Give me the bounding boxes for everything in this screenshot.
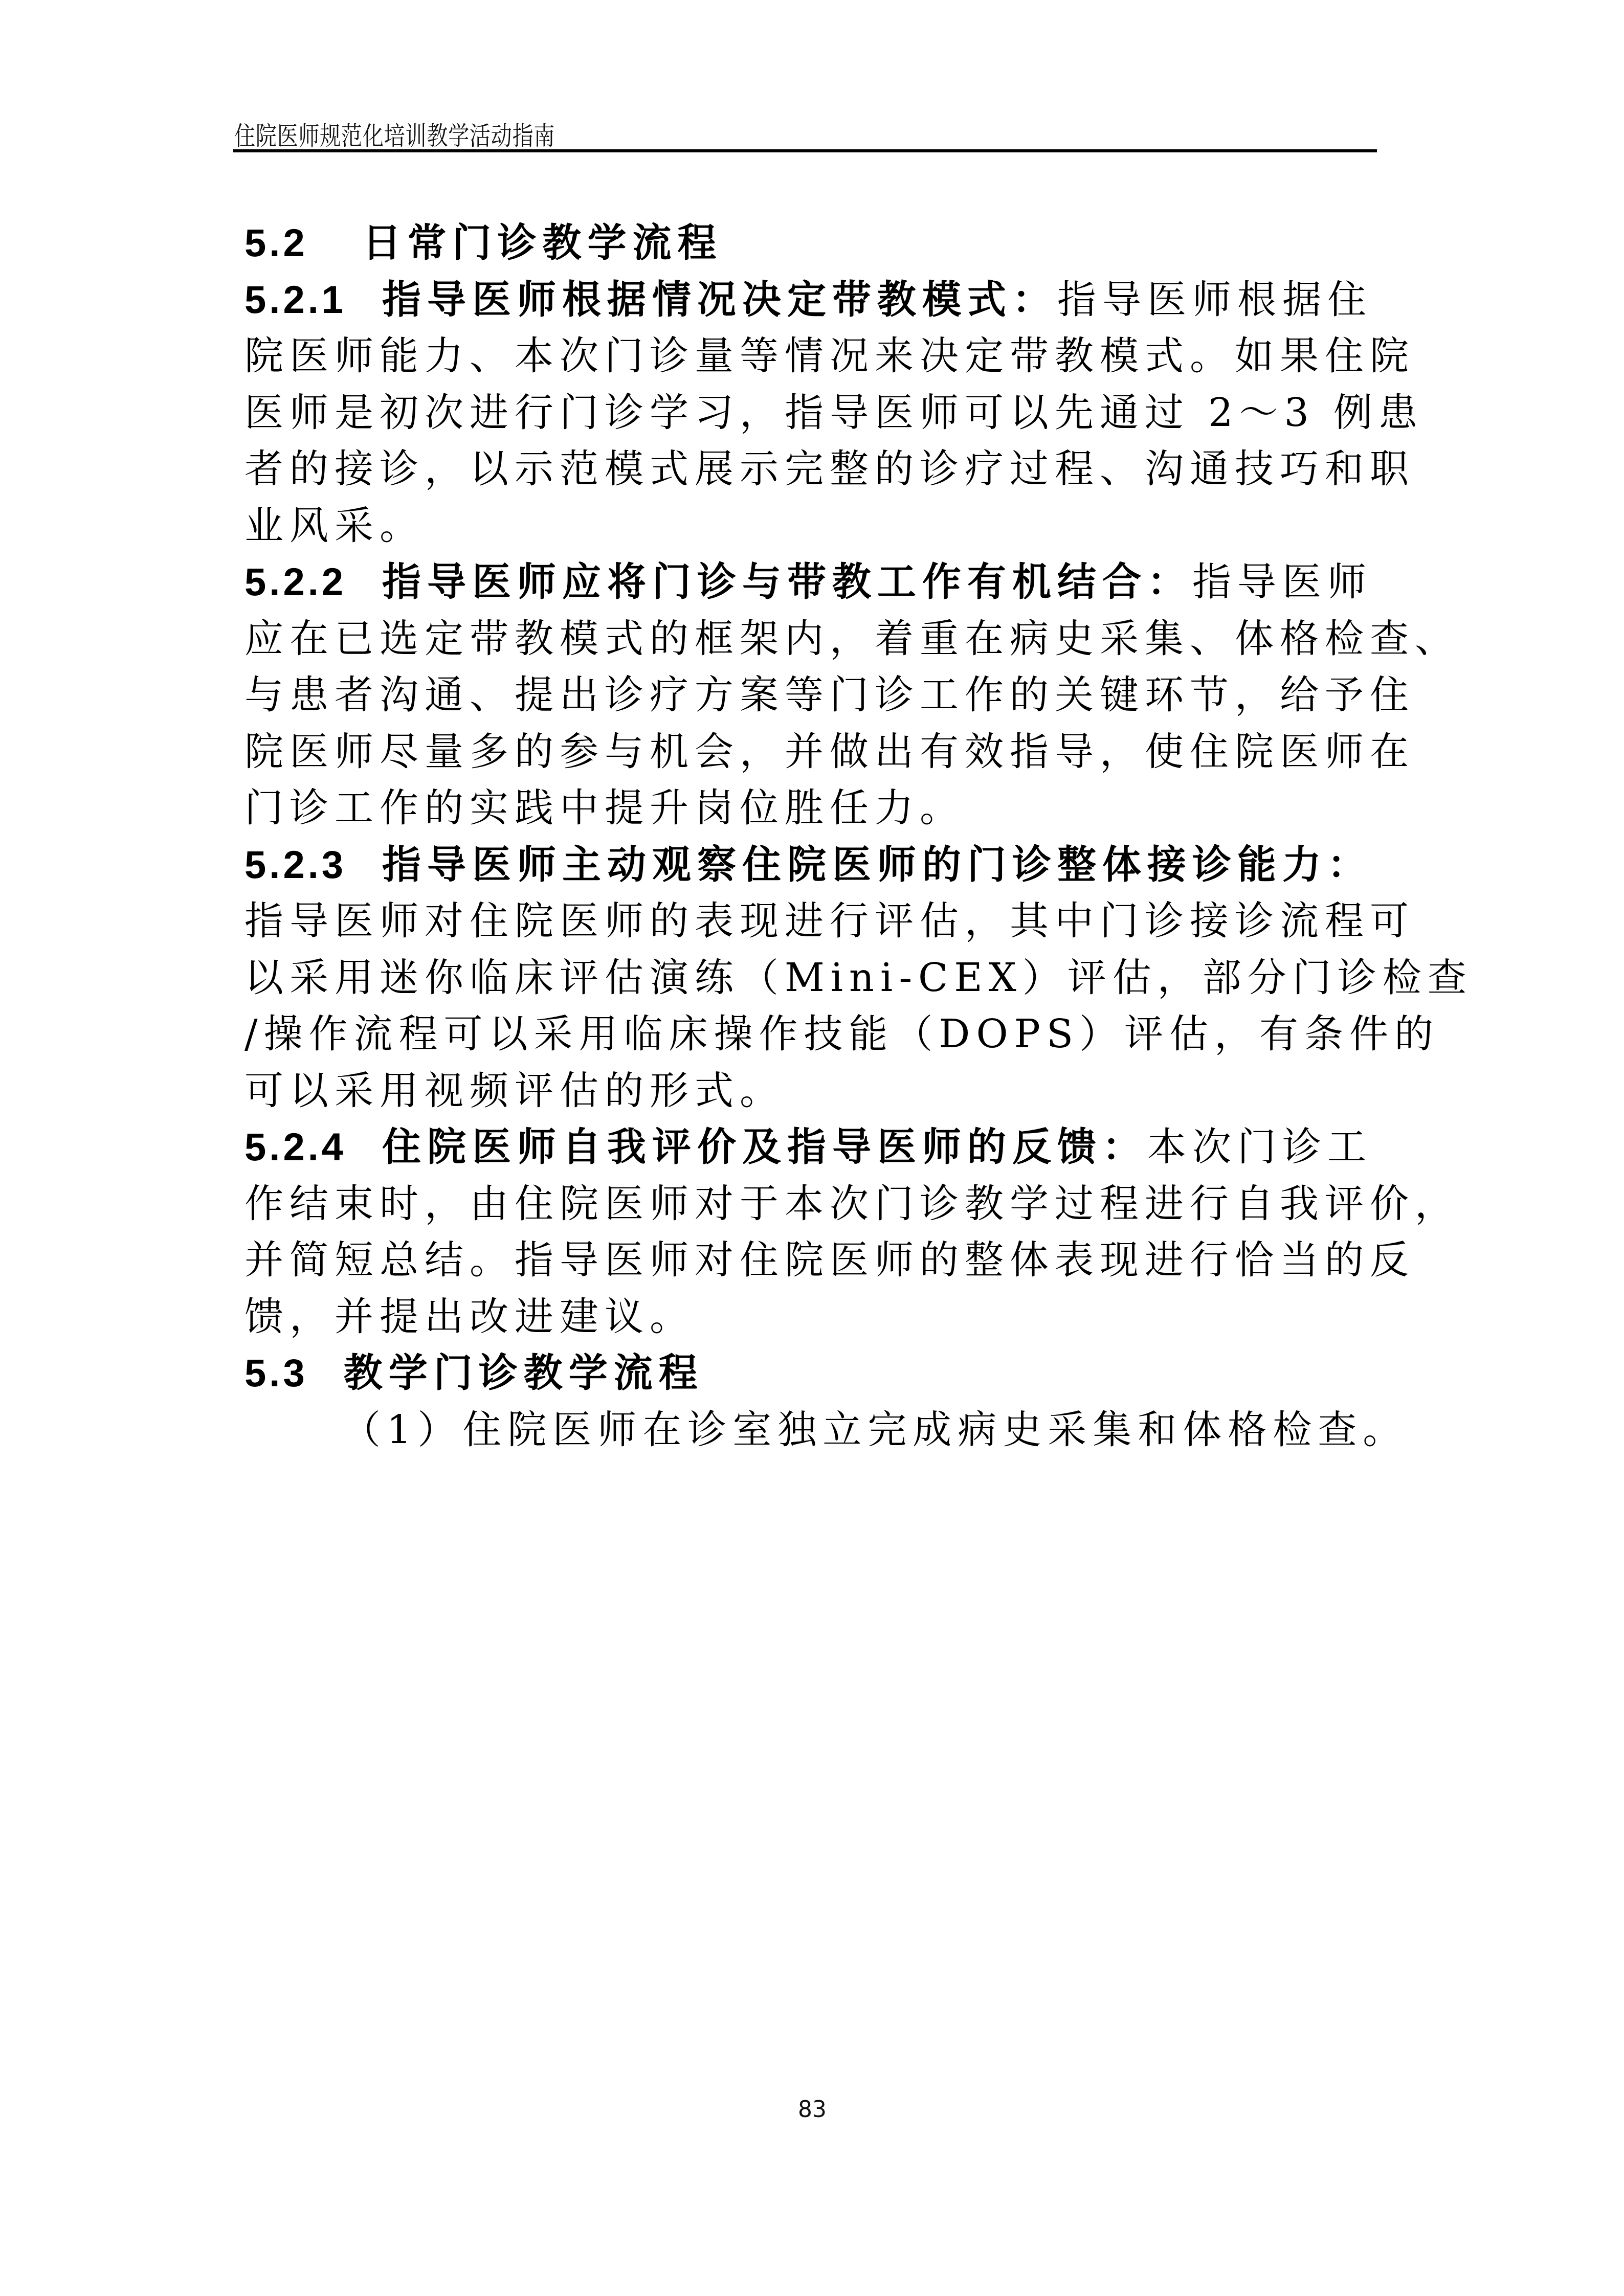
item-text: 本次门诊工	[1147, 1124, 1372, 1169]
item-number: 5.2.2	[244, 560, 346, 604]
paragraph-line: 可以采用视频评估的形式。	[244, 1063, 1385, 1119]
item-5-2-3-first-line: 5.2.3指导医师主动观察住院医师的门诊整体接诊能力：	[244, 837, 1385, 893]
header-divider	[233, 149, 1377, 152]
paragraph-line: 院医师能力、本次门诊量等情况来决定带教模式。如果住院	[244, 328, 1385, 385]
item-5-2-4-first-line: 5.2.4住院医师自我评价及指导医师的反馈：本次门诊工	[244, 1119, 1385, 1176]
item-5-2-1-first-line: 5.2.1指导医师根据情况决定带教模式：指导医师根据住	[244, 272, 1385, 328]
section-title: 教学门诊教学流程	[344, 1350, 704, 1395]
page-body: 5.2 日常门诊教学流程 5.2.1指导医师根据情况决定带教模式：指导医师根据住…	[244, 215, 1385, 1458]
item-heading: 指导医师主动观察住院医师的门诊整体接诊能力：	[382, 842, 1372, 887]
paragraph-line: 与患者沟通、提出诊疗方案等门诊工作的关键环节，给予住	[244, 667, 1385, 724]
paragraph-line: 作结束时，由住院医师对于本次门诊教学过程进行自我评价，	[244, 1176, 1385, 1232]
item-heading: 住院医师自我评价及指导医师的反馈：	[382, 1124, 1147, 1169]
item-text: 指导医师	[1192, 559, 1372, 604]
section-number: 5.2	[244, 221, 308, 265]
paragraph-line: 并简短总结。指导医师对住院医师的整体表现进行恰当的反	[244, 1232, 1385, 1289]
paragraph-line: 门诊工作的实践中提升岗位胜任力。	[244, 780, 1385, 837]
section-title: 日常门诊教学流程	[363, 220, 723, 265]
item-text: 指导医师根据住	[1057, 277, 1372, 322]
paragraph-line: /操作流程可以采用临床操作技能（DOPS）评估，有条件的	[244, 1006, 1385, 1063]
paragraph-line: 以采用迷你临床评估演练（Mini-CEX）评估，部分门诊检查	[244, 950, 1385, 1006]
item-number: 5.2.4	[244, 1126, 346, 1169]
section-heading-5-3: 5.3教学门诊教学流程	[244, 1345, 1385, 1402]
paragraph-line: （1）住院医师在诊室独立完成病史采集和体格检查。	[244, 1402, 1385, 1458]
paragraph-line: 者的接诊，以示范模式展示完整的诊疗过程、沟通技巧和职	[244, 441, 1385, 498]
item-heading: 指导医师根据情况决定带教模式：	[382, 277, 1057, 322]
paragraph-line: 院医师尽量多的参与机会，并做出有效指导，使住院医师在	[244, 724, 1385, 780]
running-header-title: 住院医师规范化培训教学活动指南	[234, 116, 555, 152]
paragraph-line: 业风采。	[244, 498, 1385, 554]
paragraph-line: 馈，并提出改进建议。	[244, 1289, 1385, 1345]
section-number: 5.3	[244, 1352, 308, 1395]
item-number: 5.2.1	[244, 278, 346, 322]
item-number: 5.2.3	[244, 843, 346, 887]
paragraph-line: 应在已选定带教模式的框架内，着重在病史采集、体格检查、	[244, 611, 1385, 667]
section-heading-5-2: 5.2 日常门诊教学流程	[244, 215, 1385, 272]
item-heading: 指导医师应将门诊与带教工作有机结合：	[382, 559, 1192, 604]
item-5-2-2-first-line: 5.2.2指导医师应将门诊与带教工作有机结合：指导医师	[244, 554, 1385, 611]
page-number: 83	[798, 2097, 827, 2123]
paragraph-line: 指导医师对住院医师的表现进行评估，其中门诊接诊流程可	[244, 893, 1385, 950]
paragraph-line: 医师是初次进行门诊学习，指导医师可以先通过 2～3 例患	[244, 385, 1385, 441]
